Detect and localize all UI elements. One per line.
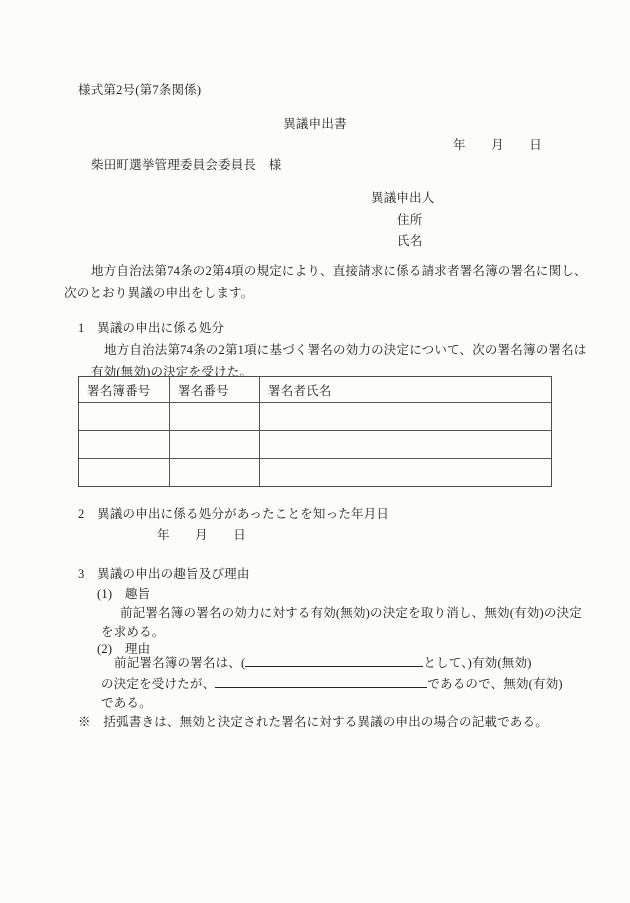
form-number: 様式第2号(第7条関係) <box>78 82 201 99</box>
applicant-name-label: 氏名 <box>397 233 422 250</box>
applicant-address-label: 住所 <box>397 212 422 229</box>
column-header-book-number: 署名簿番号 <box>79 377 170 403</box>
table-cell <box>79 431 170 459</box>
table-cell <box>79 459 170 486</box>
section2-date-line: 年 月 日 <box>157 527 246 544</box>
addressee-line: 柴田町選挙管理委員会委員長 様 <box>91 157 282 174</box>
signature-table: 署名簿番号 署名番号 署名者氏名 <box>78 376 552 487</box>
applicant-label: 異議申出人 <box>371 190 435 207</box>
section3-sub2-line-2: の決定を受けたが、であるので、無効(有効) <box>101 675 563 693</box>
column-header-signature-number: 署名番号 <box>170 377 260 403</box>
section1-body-line-1: 地方自治法第74条の2第1項に基づく署名の効力の決定について、次の署名簿の署名は <box>104 342 587 359</box>
table-cell <box>170 459 260 486</box>
section1-heading: 1 異議の申出に係る処分 <box>78 320 224 337</box>
table-cell <box>260 403 551 431</box>
section3-sub2-line-3: である。 <box>101 695 152 712</box>
column-header-signer-name: 署名者氏名 <box>260 377 551 403</box>
header-date-line: 年 月 日 <box>453 137 542 154</box>
reason-line1-pre: 前記署名簿の署名は、( <box>114 656 245 670</box>
intro-line-1: 地方自治法第74条の2第4項の規定により、直接請求に係る請求者署名簿の署名に関し… <box>91 263 587 280</box>
section3-sub1-line-2: を求める。 <box>101 624 165 641</box>
document-title: 異議申出書 <box>0 116 630 133</box>
table-cell <box>260 431 551 459</box>
table-cell <box>170 403 260 431</box>
blank-underline-1 <box>245 654 423 667</box>
document-page: 様式第2号(第7条関係) 異議申出書 年 月 日 柴田町選挙管理委員会委員長 様… <box>0 0 630 903</box>
section3-sub1-label: (1) 趣旨 <box>97 586 150 603</box>
reason-line2-post: であるので、無効(有効) <box>427 677 562 691</box>
section3-sub1-line-1: 前記署名簿の署名の効力に対する有効(無効)の決定を取り消し、無効(有効)の決定 <box>120 605 582 622</box>
table-cell <box>260 459 551 486</box>
note-line: ※ 括弧書きは、無効と決定された署名に対する異議の申出の場合の記載である。 <box>78 714 548 731</box>
table-cell <box>170 431 260 459</box>
table-cell <box>79 403 170 431</box>
reason-line2-pre: の決定を受けたが、 <box>101 677 215 691</box>
reason-line1-post: として、)有効(無効) <box>423 656 531 670</box>
intro-line-2: 次のとおり異議の申出をします。 <box>64 285 254 302</box>
section3-heading: 3 異議の申出の趣旨及び理由 <box>78 566 250 583</box>
blank-underline-2 <box>215 675 427 688</box>
section2-heading: 2 異議の申出に係る処分があったことを知った年月日 <box>78 506 389 523</box>
section3-sub2-line-1: 前記署名簿の署名は、(として、)有効(無効) <box>114 654 532 672</box>
